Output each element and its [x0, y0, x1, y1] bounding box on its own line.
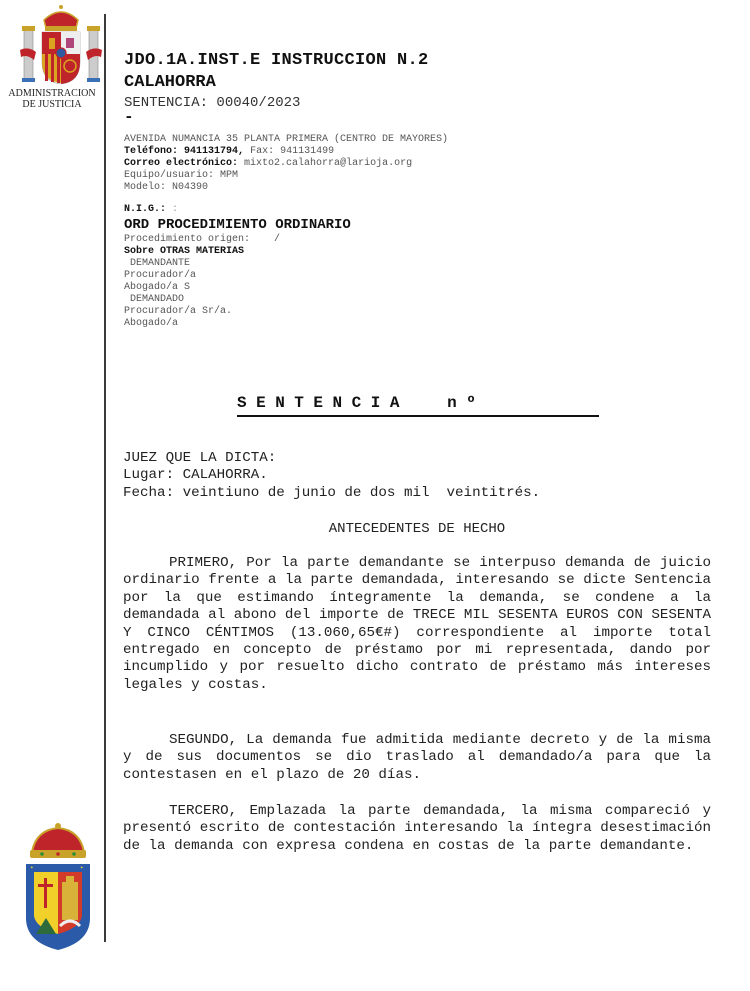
team-value: MPM — [220, 170, 238, 181]
fax-label: Fax: — [250, 146, 274, 157]
party-line: Abogado/a S — [124, 282, 280, 294]
ruling-meta: JUEZ QUE LA DICTA: Lugar: CALAHORRA. Fec… — [123, 450, 711, 502]
paragraph-segundo: SEGUNDO, La demanda fue admitida mediant… — [123, 732, 711, 784]
paragraph-text: SEGUNDO, La demanda fue admitida mediant… — [123, 732, 711, 783]
paragraph-tercero: TERCERO, Emplazada la parte demandada, l… — [123, 803, 711, 855]
email-value: mixto2.calahorra@larioja.org — [244, 158, 412, 169]
model-label: Modelo: — [124, 182, 166, 193]
phone-value: 941131794, — [184, 146, 244, 157]
svg-text:✦: ✦ — [80, 864, 84, 871]
admin-label-line1: ADMINISTRACION — [0, 88, 104, 99]
origin-value: / — [274, 234, 280, 245]
fax-value: 941131499 — [280, 146, 334, 157]
court-address: AVENIDA NUMANCIA 35 PLANTA PRIMERA (CENT… — [124, 134, 448, 146]
party-line: Procurador/a Sr/a. — [124, 306, 280, 318]
date-line: Fecha: veintiuno de junio de dos mil vei… — [123, 485, 711, 502]
svg-text:✦: ✦ — [30, 864, 34, 871]
origin-label: Procedimiento origen: — [124, 234, 250, 245]
model-line: Modelo: N04390 — [124, 182, 448, 194]
phone-line: Teléfono: 941131794, Fax: 941131499 — [124, 146, 448, 158]
subject-value: Sobre OTRAS MATERIAS — [124, 246, 244, 257]
la-rioja-coat-of-arms-icon: ✦ ✦ — [22, 822, 94, 954]
party-line: Procurador/a — [124, 270, 280, 282]
place-line: Lugar: CALAHORRA. — [123, 467, 711, 484]
judge-line: JUEZ QUE LA DICTA: — [123, 450, 711, 467]
subject-line: Sobre OTRAS MATERIAS — [124, 246, 280, 258]
origin-line: Procedimiento origen: / — [124, 234, 280, 246]
party-line: DEMANDANTE — [124, 258, 280, 270]
party-line: Abogado/a — [124, 318, 280, 330]
paragraph-primero: PRIMERO, Por la parte demandante se inte… — [123, 555, 711, 694]
team-label: Equipo/usuario: — [124, 170, 214, 181]
email-line: Correo electrónico: mixto2.calahorra@lar… — [124, 158, 448, 170]
phone-label: Teléfono: — [124, 146, 178, 157]
procedure-type: ORD PROCEDIMIENTO ORDINARIO — [124, 217, 351, 233]
team-line: Equipo/usuario: MPM — [124, 170, 448, 182]
header-dash: - — [124, 108, 134, 126]
model-value: N04390 — [172, 182, 208, 193]
spain-coat-of-arms-icon — [18, 2, 104, 88]
administration-label: ADMINISTRACION DE JUSTICIA — [0, 88, 104, 110]
nig-value: : — [172, 204, 178, 215]
email-label: Correo electrónico: — [124, 158, 238, 169]
paragraph-text: PRIMERO, Por la parte demandante se inte… — [123, 555, 711, 693]
margin-rule — [104, 14, 106, 942]
admin-label-line2: DE JUSTICIA — [0, 99, 104, 110]
section-heading: ANTECEDENTES DE HECHO — [123, 521, 711, 537]
sentence-reference: SENTENCIA: 00040/2023 — [124, 95, 300, 111]
nig-line: N.I.G.: : — [124, 204, 178, 215]
party-line: DEMANDADO — [124, 294, 280, 306]
contact-block: AVENIDA NUMANCIA 35 PLANTA PRIMERA (CENT… — [124, 134, 448, 194]
court-name: JDO.1A.INST.E INSTRUCCION N.2 — [124, 51, 429, 70]
court-city: CALAHORRA — [124, 73, 216, 92]
parties-block: Procedimiento origen: / Sobre OTRAS MATE… — [124, 234, 280, 330]
document-title: SENTENCIA nº — [237, 394, 485, 412]
paragraph-text: TERCERO, Emplazada la parte demandada, l… — [123, 803, 711, 854]
nig-label: N.I.G.: — [124, 204, 166, 215]
